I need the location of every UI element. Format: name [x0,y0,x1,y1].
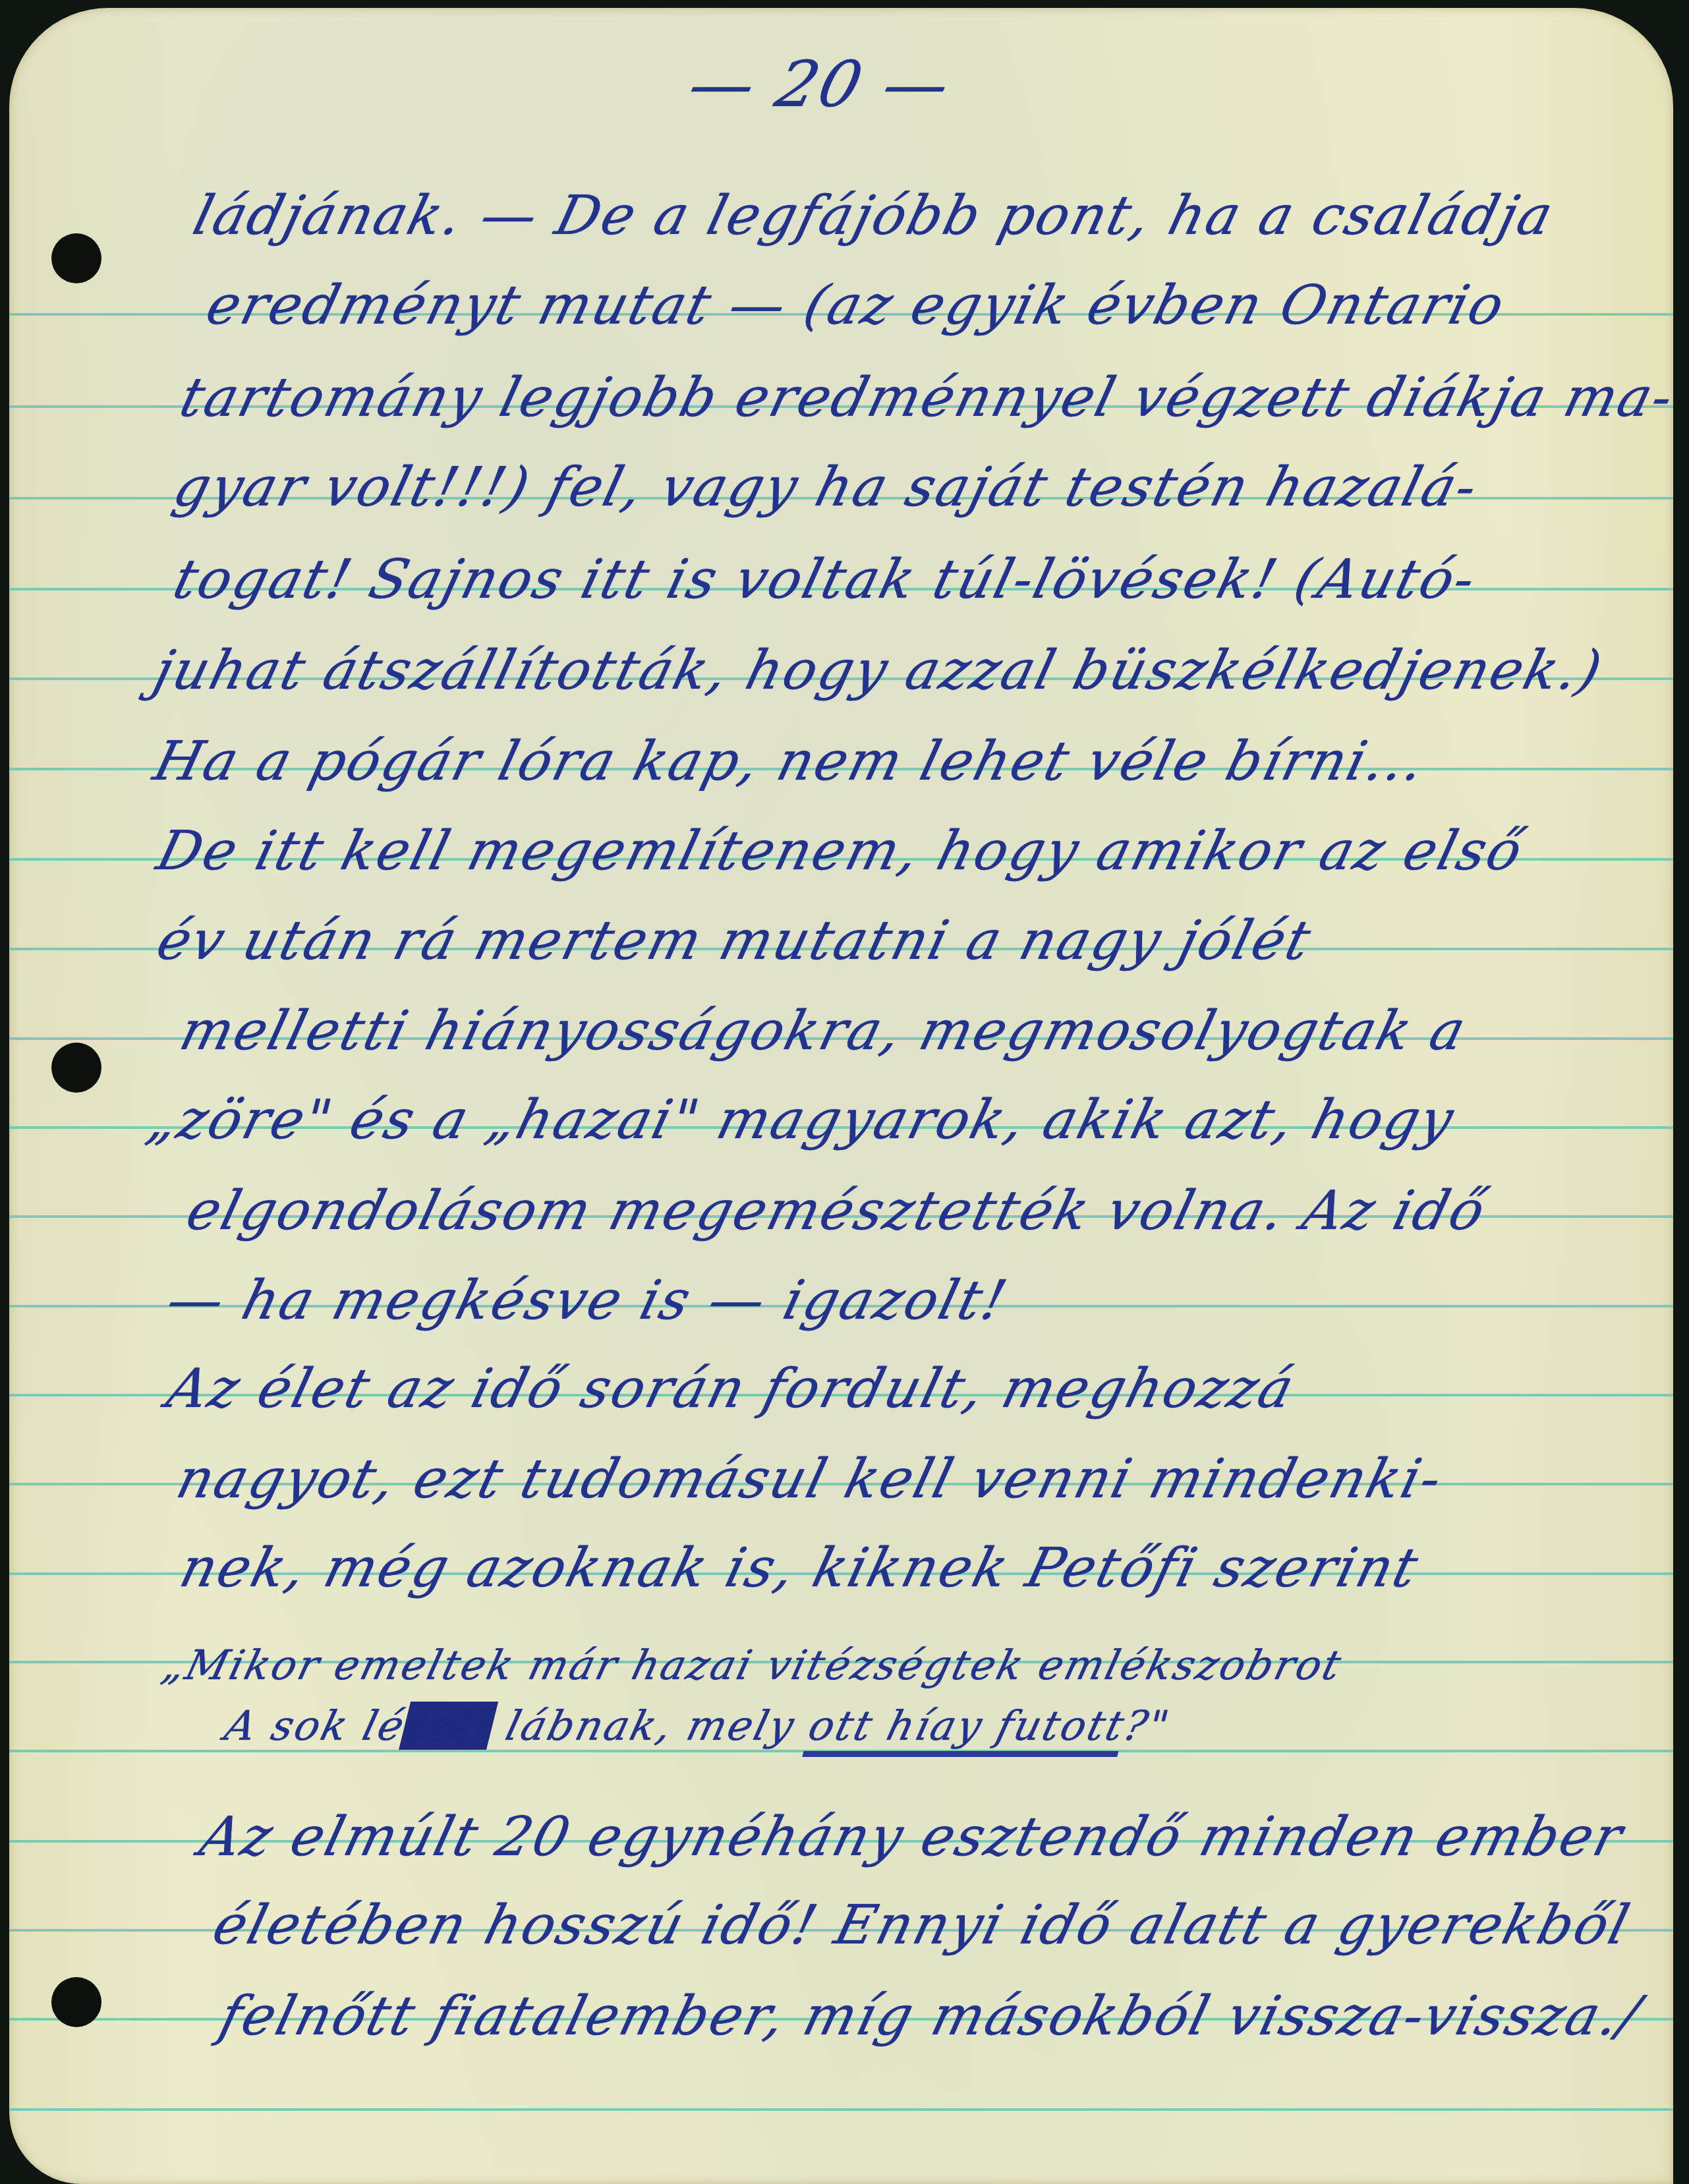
text-line-16: nek, még azoknak is, kiknek Petőfi szeri… [174,1537,1425,1599]
text-line-11: „zöre" és a „hazai" magyarok, akik azt, … [141,1089,1462,1151]
quote-text: A sok lé [220,1702,411,1750]
text-line-3: tartomány legjobb eredménnyel végzett di… [174,366,1681,429]
text-line-5: togat! Sajnos itt is voltak túl-lövések!… [167,548,1483,611]
text-line-1: ládjának. — De a legfájóbb pont, ha a cs… [187,185,1560,247]
ruled-line [9,2108,1673,2111]
underlined-text: ott híay futott [802,1702,1131,1757]
strikethrough-text: ssél [399,1702,498,1750]
text-line-19: felnőtt fiatalember, míg másokból vissza… [214,1985,1648,2048]
quote-line-2: A sok léssél lábnak, mely ott híay futot… [220,1702,1176,1750]
text-line-4: gyar volt!!!) fel, vagy ha saját testén … [167,456,1485,519]
quote-line-1: „Mikor emeltek már hazai vitézségtek eml… [157,1641,1348,1689]
notebook-page: — 20 — ládjának. — De a legfájóbb pont, … [9,8,1673,2184]
text-line-15: nagyot, ezt tudomásul kell venni mindenk… [171,1448,1450,1510]
text-line-8: De itt kell megemlítenem, hogy amikor az… [151,820,1530,882]
text-line-10: melletti hiányosságokra, megmosolyogtak … [174,1000,1474,1062]
text-line-17: Az elmúlt 20 egynéhány esztendő minden e… [194,1806,1630,1868]
punch-hole-top [51,233,101,283]
text-line-7: Ha a pógár lóra kap, nem lehet véle bírn… [148,730,1433,793]
page-number: — 20 — [681,47,959,121]
text-line-9: év után rá mertem mutatni a nagy jólét [151,909,1319,972]
text-line-2: eredményt mutat — (az egyik évben Ontari… [200,274,1512,337]
punch-hole-bottom [51,1977,101,2027]
text-line-12: elgondolásom megemésztették volna. Az id… [181,1180,1493,1242]
quote-text: lábnak, mely [486,1702,816,1750]
text-line-14: Az élet az idő során fordult, meghozzá [161,1358,1302,1420]
text-line-6: juhat átszállították, hogy azzal büszkél… [148,639,1610,702]
text-line-18: életében hosszú idő! Ennyi idő alatt a g… [207,1894,1637,1957]
text-line-13: — ha megkésve is — igazolt! [161,1269,1014,1332]
punch-hole-middle [51,1043,101,1093]
